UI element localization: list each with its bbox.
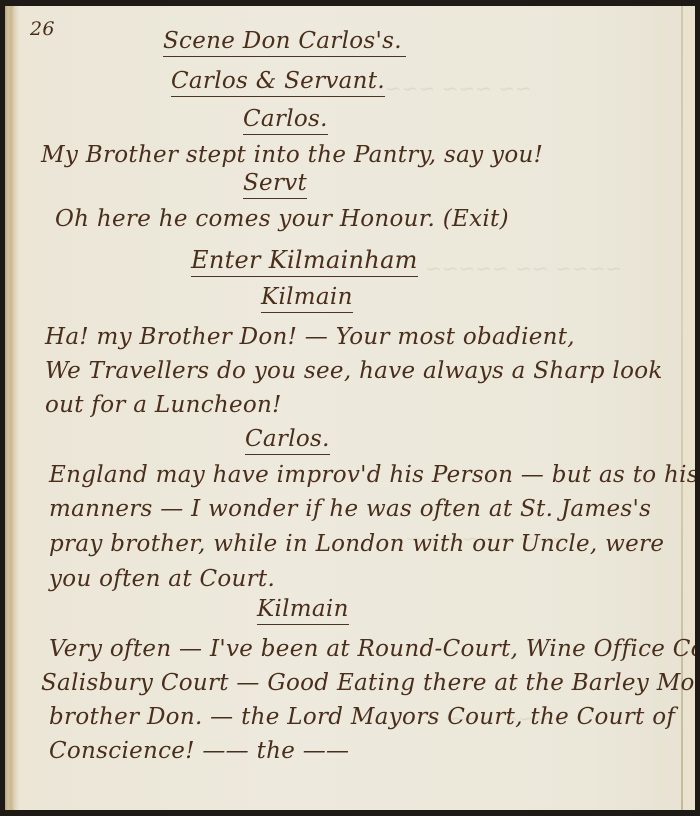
dialogue-line: Salisbury Court — Good Eating there at t… bbox=[41, 670, 695, 696]
speaker-carlos: Carlos. bbox=[243, 106, 328, 135]
characters-heading-text: Carlos & Servant. bbox=[171, 68, 385, 97]
dialogue-line: you often at Court. bbox=[49, 566, 275, 592]
scene-heading-text: Scene Don Carlos's. bbox=[163, 28, 406, 57]
dialogue-line: Very often — I've been at Round-Court, W… bbox=[49, 636, 695, 662]
speaker-kilmain: Kilmain bbox=[261, 284, 353, 313]
dialogue-line: out for a Luncheon! bbox=[45, 392, 282, 418]
page-binding-edge bbox=[5, 6, 19, 810]
enter-direction: Enter Kilmainham bbox=[191, 246, 418, 277]
speaker-label: Carlos. bbox=[245, 426, 330, 455]
stage-direction: Enter Kilmainham bbox=[191, 246, 418, 277]
dialogue-line: We Travellers do you see, have always a … bbox=[45, 358, 663, 384]
speaker-kilmain: Kilmain bbox=[257, 596, 349, 625]
speaker-label: Kilmain bbox=[261, 284, 353, 313]
show-through-text: ~~ ~~~ ~~~ bbox=[385, 76, 532, 100]
characters-heading: Carlos & Servant. bbox=[171, 68, 385, 97]
dialogue-line: England may have improv'd his Person — b… bbox=[49, 462, 695, 488]
dialogue-line: brother Don. — the Lord Mayors Court, th… bbox=[49, 704, 675, 730]
speaker-label: Servt bbox=[243, 170, 307, 199]
dialogue-line: pray brother, while in London with our U… bbox=[49, 531, 664, 557]
manuscript-page: ~~ ~~~ ~~~ ~~~~ ~~ ~~~~~ ~~~ ~~~~ ~~ ~~~… bbox=[5, 6, 695, 810]
page-number: 26 bbox=[30, 18, 55, 40]
speaker-label: Kilmain bbox=[257, 596, 349, 625]
speaker-carlos: Carlos. bbox=[245, 426, 330, 455]
dialogue-line: Oh here he comes your Honour. (Exit) bbox=[55, 206, 509, 232]
dialogue-line: Conscience! —— the —— bbox=[49, 738, 349, 764]
scene-heading: Scene Don Carlos's. bbox=[163, 28, 406, 57]
speaker-servant: Servt bbox=[243, 170, 307, 199]
scan-frame: ~~ ~~~ ~~~ ~~~~ ~~ ~~~~~ ~~~ ~~~~ ~~ ~~~… bbox=[0, 0, 700, 816]
dialogue-line: My Brother stept into the Pantry, say yo… bbox=[41, 142, 543, 168]
speaker-label: Carlos. bbox=[243, 106, 328, 135]
dialogue-line: manners — I wonder if he was often at St… bbox=[49, 496, 651, 522]
dialogue-line: Ha! my Brother Don! — Your most obadient… bbox=[45, 324, 575, 350]
show-through-text: ~~~~ ~~ ~~~~~ bbox=[425, 256, 622, 280]
